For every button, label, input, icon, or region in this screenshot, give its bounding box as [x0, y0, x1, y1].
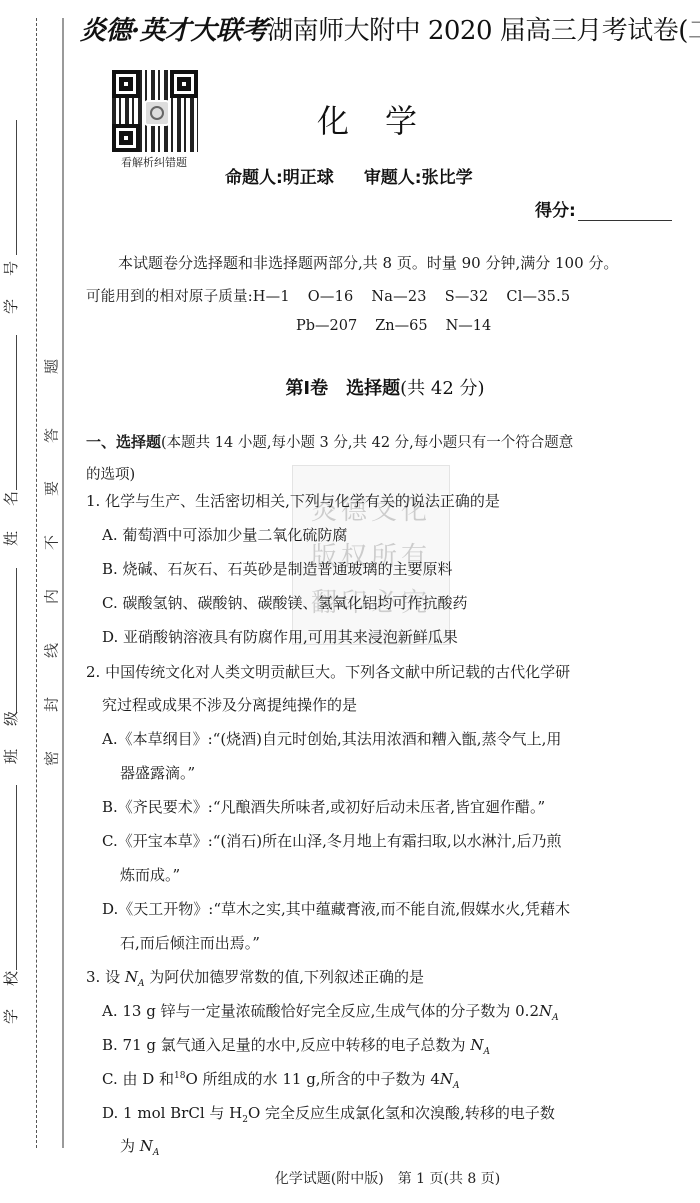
- part-desc: (本题共 14 小题,每小题 3 分,共 42 分,每小题只有一个符合题意: [161, 435, 573, 451]
- exam-title: 炎德·英才大联考湖南师大附中 2020 届高三月考试卷(二): [80, 10, 695, 47]
- exam-brand: 炎德·英才大联考: [80, 16, 267, 46]
- seal-char: 要: [41, 481, 62, 497]
- question-3-option-d: D. 1 mol BrCl 与 H2O 完全反应生成氯化氢和次溴酸,转移的电子数: [102, 1102, 555, 1125]
- isotope-mass-number: 18: [174, 1071, 185, 1081]
- seal-char: 答: [41, 428, 62, 444]
- question-3-option-c: C. 由 D 和18O 所组成的水 11 g,所含的中子数为 4NA: [102, 1068, 460, 1091]
- avogadro-symbol: NA: [140, 1137, 160, 1155]
- atomic-masses-label: 可能用到的相对原子质量:: [86, 289, 253, 305]
- margin-rule: [62, 18, 64, 1148]
- field-student-id-char-1: 号: [4, 262, 18, 276]
- option-text: O 所组成的水 11 g,所含的中子数为 4: [186, 1070, 440, 1088]
- atomic-masses-row-2: Pb—207Zn—65N—14: [296, 318, 700, 334]
- avogadro-symbol: NA: [125, 968, 145, 986]
- score-label: 得分:: [535, 201, 576, 221]
- qr-logo-icon: [144, 100, 170, 126]
- mass-item: Pb—207: [296, 318, 357, 334]
- field-school-char-2: 学: [4, 1010, 18, 1024]
- avogadro-symbol: NA: [470, 1036, 490, 1054]
- authors-line: 命题人:明正球审题人:张比学: [225, 163, 473, 188]
- question-2-option-d-cont: 石,而后倾注而出焉。”: [120, 932, 260, 953]
- question-3-stem: 3. 设 NA 为阿伏加德罗常数的值,下列叙述正确的是: [86, 966, 424, 989]
- mass-item: H—1: [253, 289, 290, 305]
- option-text: D. 1 mol BrCl 与 H: [102, 1104, 242, 1122]
- question-1-option-d: D. 亚硝酸钠溶液具有防腐作用,可用其来浸泡新鲜瓜果: [102, 626, 458, 647]
- part-title: 一、选择题: [86, 433, 161, 451]
- option-text: C. 由 D 和: [102, 1070, 174, 1088]
- question-3-option-d-cont: 为 NA: [120, 1135, 159, 1158]
- question-2-option-a-cont: 器盛露滴。”: [120, 762, 195, 783]
- question-1-option-b: B. 烧碱、石灰石、石英砂是制造普通玻璃的主要原料: [102, 558, 453, 579]
- school-line: [16, 785, 17, 970]
- question-number: 2.: [86, 663, 100, 681]
- question-2-option-c-cont: 炼而成。”: [120, 864, 180, 885]
- field-class-char-1: 级: [4, 712, 18, 726]
- student-id-line: [16, 120, 17, 255]
- question-2-stem: 2. 中国传统文化对人类文明贡献巨大。下列各文献中所记载的古代化学研: [86, 661, 570, 682]
- avogadro-symbol: NA: [440, 1070, 460, 1088]
- option-text: B. 71 g 氯气通入足量的水中,反应中转移的电子总数为: [102, 1036, 470, 1054]
- seal-char: 密: [41, 751, 62, 767]
- mass-item: N—14: [446, 318, 492, 334]
- section-score-note: (共 42 分): [400, 378, 484, 399]
- option-text: O 完全反应生成氯化氢和次溴酸,转移的电子数: [248, 1104, 555, 1122]
- field-student-id-char-2: 学: [4, 300, 18, 314]
- class-line: [16, 568, 17, 713]
- question-2-option-d: D.《天工开物》:“草木之实,其中蕴藏膏液,而不能自流,假媒水火,凭藉木: [102, 898, 570, 919]
- avogadro-symbol: NA: [539, 1002, 559, 1020]
- field-name-char-1: 名: [4, 492, 18, 506]
- exam-title-text: 湖南师大附中 2020 届高三月考试卷(二): [267, 16, 700, 46]
- field-name-char-2: 姓: [4, 532, 18, 546]
- section-title: 第Ⅰ卷 选择题(共 42 分): [80, 374, 690, 400]
- question-text: 中国传统文化对人类文明贡献巨大。下列各文献中所记载的古代化学研: [105, 663, 570, 681]
- question-2-option-c: C.《开宝本草》:“(消石)所在山泽,冬月地上有霜扫取,以水淋汁,后乃煎: [102, 830, 561, 851]
- atomic-masses-row-1: 可能用到的相对原子质量:H—1O—16Na—23S—32Cl—35.5: [86, 285, 686, 306]
- score-field: 得分:: [535, 196, 672, 221]
- field-class-char-2: 班: [4, 750, 18, 764]
- mass-item: Zn—65: [375, 318, 427, 334]
- mass-item: S—32: [445, 289, 489, 305]
- binding-strip: 号 学 名 姓 级 班 校 学 题 答 要 不 内 线 封 密: [0, 0, 70, 1203]
- question-1-option-a: A. 葡萄酒中可添加少量二氧化硫防腐: [102, 524, 347, 545]
- seal-char: 封: [41, 697, 62, 713]
- option-text: A. 13 g 锌与一定量浓硫酸恰好完全反应,生成气体的分子数为 0.2: [102, 1002, 539, 1020]
- score-blank-line[interactable]: [578, 204, 672, 221]
- qr-code-icon[interactable]: [110, 68, 200, 154]
- qr-caption: 看解析纠错题: [108, 154, 200, 170]
- question-2-option-b: B.《齐民要术》:“凡酿酒失所味者,或初好后动未压者,皆宜廻作醋。”: [102, 796, 545, 817]
- subject-title: 化学: [300, 96, 470, 142]
- reviewer-label: 审题人:张比学: [364, 168, 473, 188]
- seal-char: 题: [41, 359, 62, 375]
- question-text: 设: [105, 968, 125, 986]
- cut-line-dashed: [36, 18, 37, 1148]
- field-school-char-1: 校: [4, 972, 18, 986]
- seal-char: 线: [41, 643, 62, 659]
- option-text: 为: [120, 1137, 140, 1155]
- question-number: 3.: [86, 968, 100, 986]
- mass-item: O—16: [308, 289, 354, 305]
- question-3-option-b: B. 71 g 氯气通入足量的水中,反应中转移的电子总数为 NA: [102, 1034, 490, 1057]
- mass-item: Na—23: [371, 289, 426, 305]
- mass-item: Cl—35.5: [506, 289, 570, 305]
- question-2-option-a: A.《本草纲目》:“(烧酒)自元时创始,其法用浓酒和糟入甑,蒸令气上,用: [102, 728, 561, 749]
- part-desc-cont: 的选项): [86, 467, 135, 483]
- section-title-text: 第Ⅰ卷 选择题: [285, 378, 400, 399]
- question-2-stem-cont: 究过程或成果不涉及分离提纯操作的是: [102, 694, 357, 715]
- question-1-stem: 1. 化学与生产、生活密切相关,下列与化学有关的说法正确的是: [86, 490, 500, 511]
- author-label: 命题人:明正球: [225, 168, 334, 188]
- question-3-option-a: A. 13 g 锌与一定量浓硫酸恰好完全反应,生成气体的分子数为 0.2NA: [102, 1000, 559, 1023]
- question-text: 为阿伏加德罗常数的值,下列叙述正确的是: [145, 968, 425, 986]
- seal-char: 不: [41, 535, 62, 551]
- question-text: 化学与生产、生活密切相关,下列与化学有关的说法正确的是: [105, 492, 500, 510]
- qr-finder-icon: [112, 124, 140, 152]
- name-line: [16, 335, 17, 490]
- page-footer: 化学试题(附中版) 第 1 页(共 8 页): [80, 1168, 695, 1188]
- seal-char: 内: [41, 589, 62, 605]
- question-1-option-c: C. 碳酸氢钠、碳酸钠、碳酸镁、氢氧化铝均可作抗酸药: [102, 592, 467, 613]
- question-number: 1.: [86, 492, 100, 510]
- intro-text: 本试题卷分选择题和非选择题两部分,共 8 页。时量 90 分钟,满分 100 分…: [118, 252, 700, 273]
